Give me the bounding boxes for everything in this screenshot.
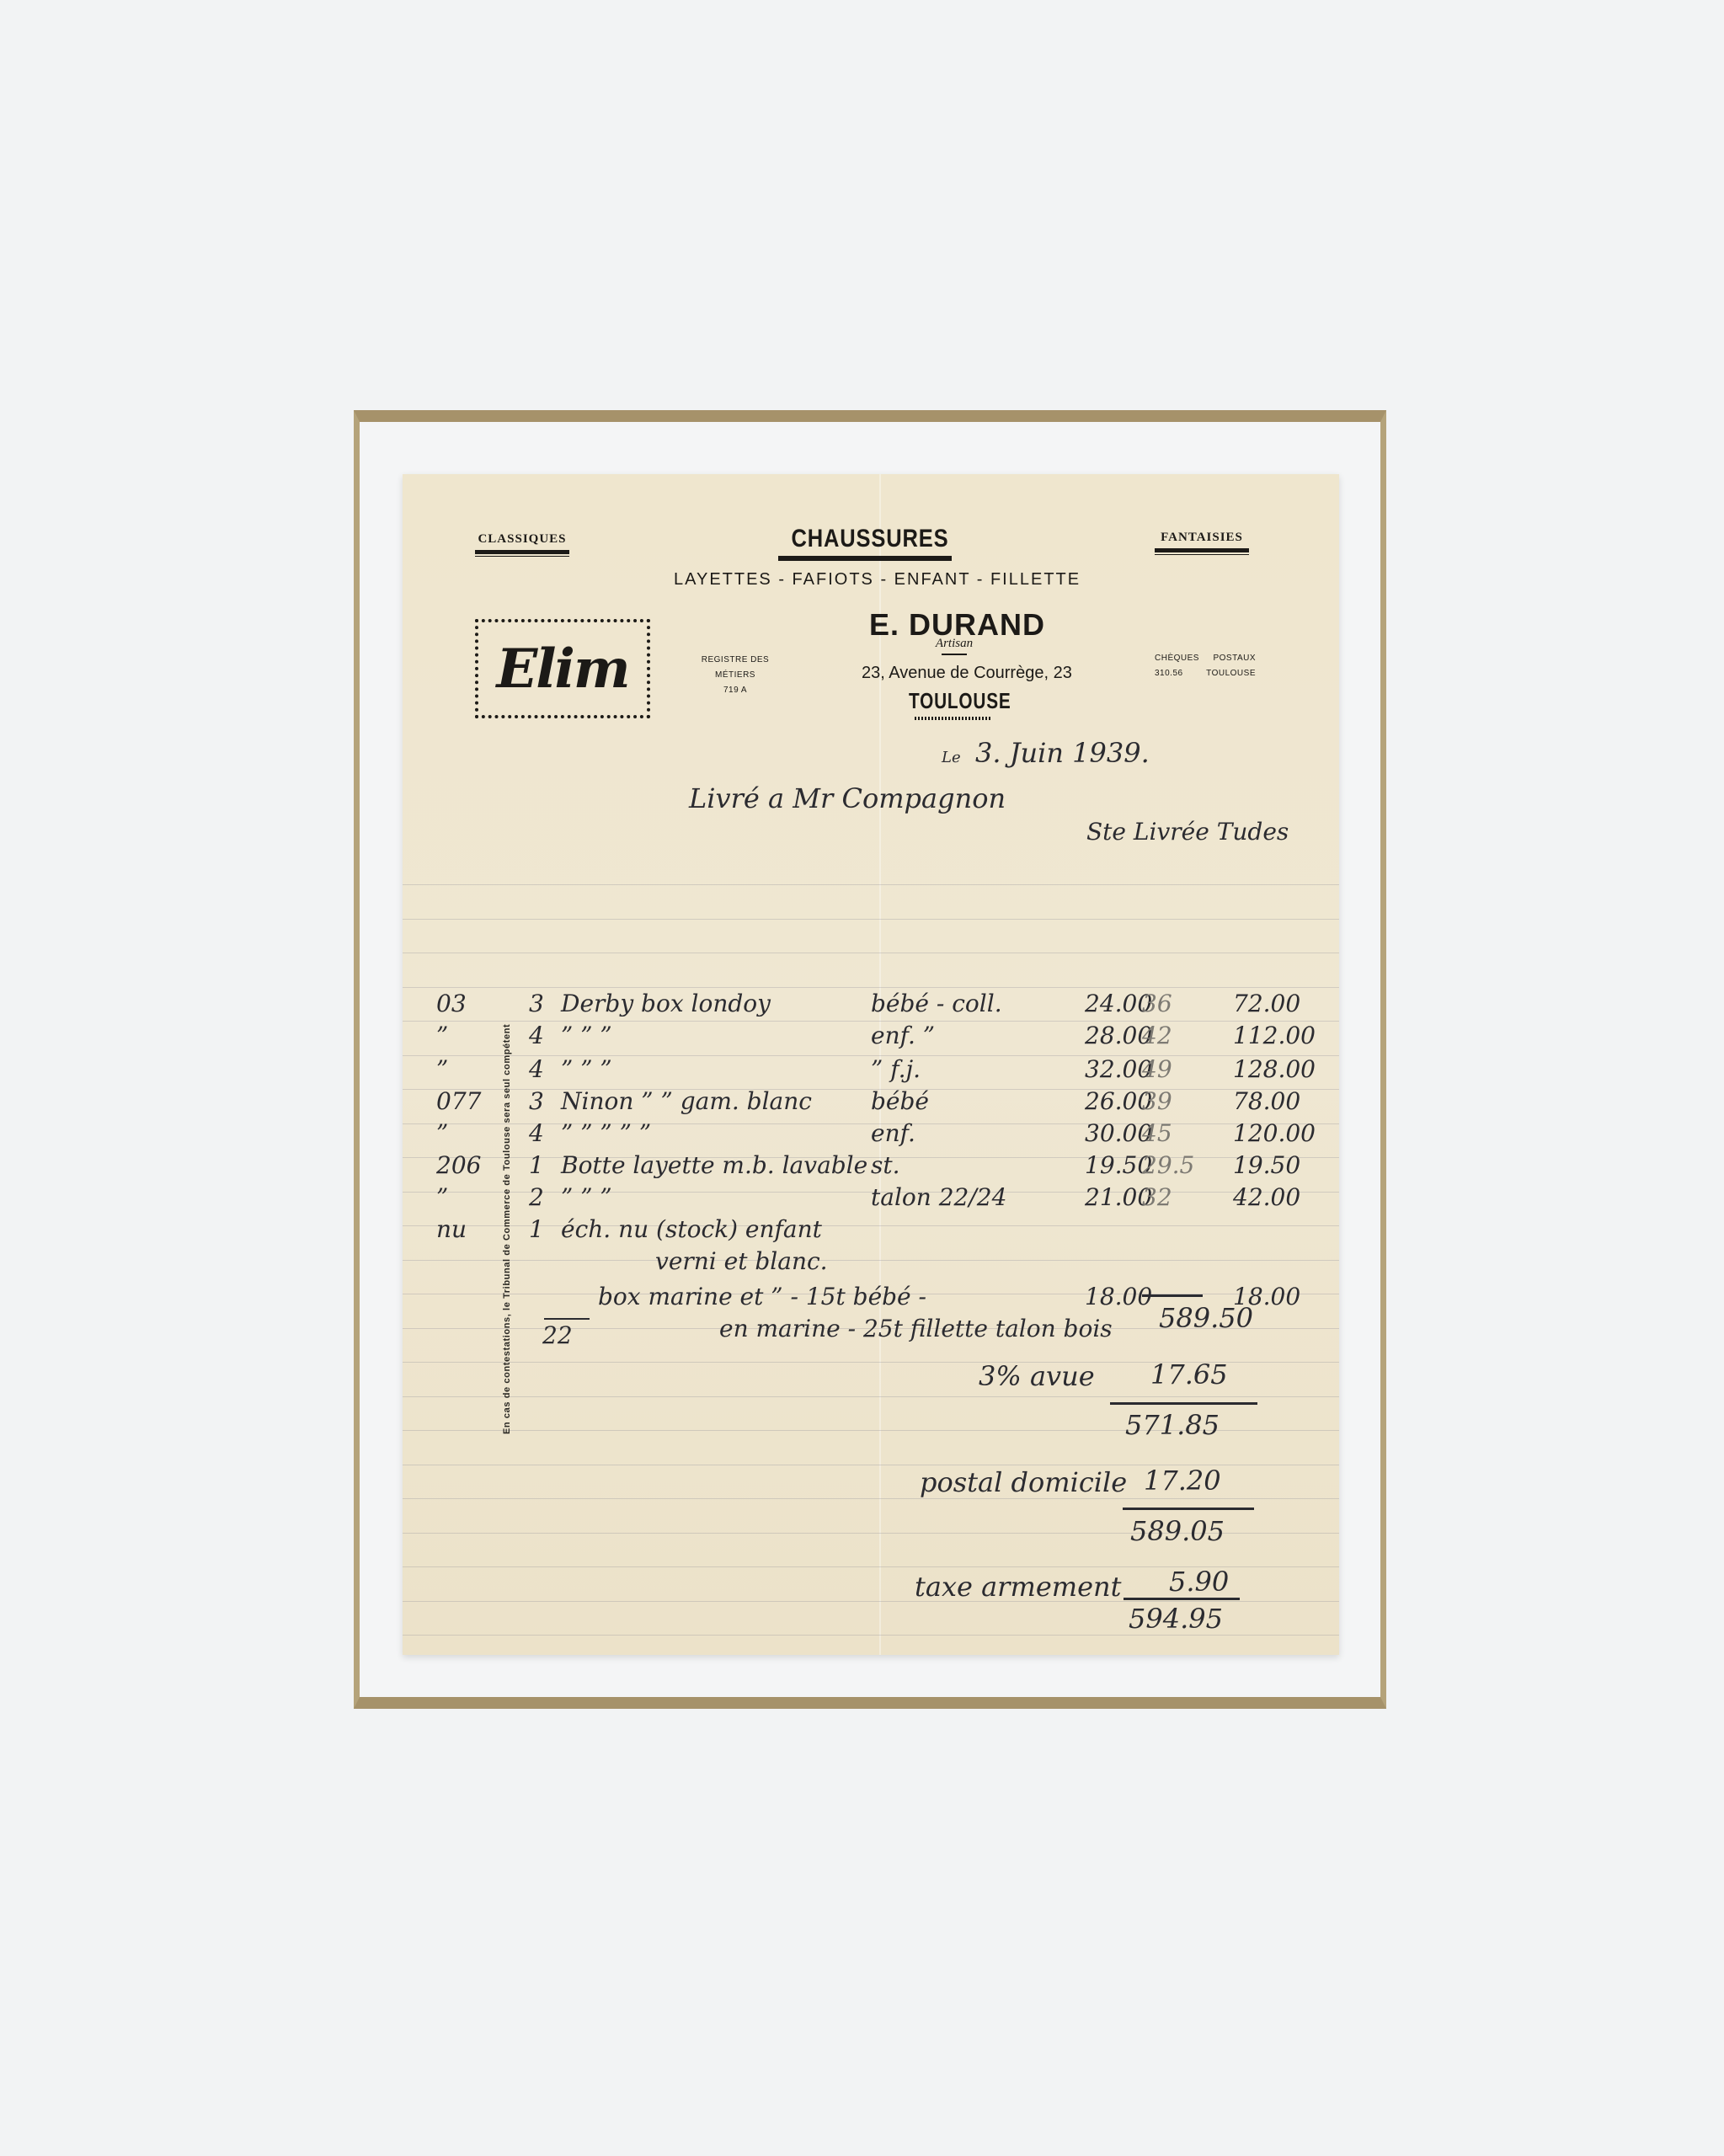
item-qty: 2	[529, 1183, 544, 1211]
item-pencil-note: 29.5	[1142, 1151, 1194, 1179]
item-detail: enf.	[871, 1119, 915, 1147]
tax-label: taxe armement	[915, 1571, 1122, 1603]
tag-fantaisies: FANTAISIES	[1155, 531, 1249, 555]
discount-amount: 17.65	[1150, 1358, 1228, 1390]
item-qty: 1	[529, 1215, 544, 1243]
item-description: ” ” ”	[561, 1055, 612, 1083]
delivered-to: Livré a Mr Compagnon	[689, 782, 1006, 814]
tag-underline-thin	[475, 556, 569, 557]
item-ref: nu	[436, 1215, 467, 1243]
item-qty: 3	[529, 990, 544, 1017]
legal-notice: En cas de contestations, le Tribunal de …	[502, 996, 512, 1434]
role-underline	[942, 654, 967, 655]
rule-line	[403, 1260, 1339, 1261]
postaux-label: Postaux	[1213, 651, 1256, 666]
item-total: 42.00	[1233, 1183, 1300, 1211]
page-title: CHAUSSURES	[791, 525, 938, 553]
cheques-number: 310.56	[1155, 666, 1183, 681]
cheques-label: Chèques	[1155, 651, 1199, 666]
subtitle: LAYETTES - FAFIOTS - ENFANT - FILLETTE	[674, 570, 1081, 590]
item-description: verni et blanc.	[655, 1247, 828, 1275]
item-ref: 03	[436, 990, 467, 1017]
item-description: en marine - 25t fillette talon bois	[719, 1315, 1113, 1342]
registry-number: 719 A	[681, 683, 790, 698]
item-qty: 4	[529, 1119, 544, 1147]
item-ref: 206	[436, 1151, 481, 1179]
delivery-location: Ste Livrée Tudes	[1086, 818, 1289, 846]
tag-underline	[475, 550, 569, 554]
item-description: Derby box londoy	[561, 990, 771, 1017]
registry-block: Registre des Métiers 719 A	[681, 653, 790, 698]
item-detail: enf. ”	[871, 1022, 935, 1049]
postal-row-1: Chèques Postaux	[1155, 651, 1256, 666]
item-description: ” ” ”	[561, 1022, 612, 1049]
rule-line	[403, 953, 1339, 953]
cheques-city: Toulouse	[1206, 666, 1256, 681]
postal-cheques-block: Chèques Postaux 310.56 Toulouse	[1155, 651, 1256, 681]
tag-underline	[1155, 548, 1249, 552]
item-total: 78.00	[1233, 1087, 1300, 1115]
registry-label: Registre des Métiers	[681, 653, 790, 683]
item-description: ” ” ” ” ”	[561, 1119, 651, 1147]
item-detail: talon 22/24	[871, 1183, 1006, 1211]
item-qty: 3	[529, 1087, 544, 1115]
logo-elim: Elim	[475, 619, 650, 718]
city-underline	[915, 717, 990, 720]
item-pencil-note: 32	[1142, 1183, 1172, 1211]
item-qty: 4	[529, 1055, 544, 1083]
item-description: Ninon ” ” gam. blanc	[561, 1087, 812, 1115]
item-qty: 4	[529, 1022, 544, 1049]
postage-amount: 17.20	[1144, 1465, 1221, 1497]
item-description: box marine et ” - 15t bébé -	[598, 1283, 926, 1310]
item-pencil-note: 49	[1142, 1055, 1172, 1083]
item-description: éch. nu (stock) enfant	[561, 1215, 822, 1243]
city: TOULOUSE	[909, 688, 996, 714]
rule-line	[403, 1396, 1339, 1397]
postal-row-2: 310.56 Toulouse	[1155, 666, 1256, 681]
title-block: CHAUSSURES	[778, 525, 952, 561]
item-ref: ”	[436, 1119, 448, 1147]
item-qty: 1	[529, 1151, 544, 1179]
title-underline	[778, 556, 952, 561]
item-pencil-note: 45	[1142, 1119, 1172, 1147]
item-detail: ” f.j.	[871, 1055, 921, 1083]
tag-classiques-text: CLASSIQUES	[475, 532, 569, 547]
rule-line	[403, 1601, 1339, 1602]
invoice-paper: CLASSIQUES FANTAISIES CHAUSSURES LAYETTE…	[403, 474, 1339, 1655]
rule-line	[403, 884, 1339, 885]
city-block: TOULOUSE	[898, 688, 1007, 720]
item-total: 19.50	[1233, 1151, 1300, 1179]
address: 23, Avenue de Courrège, 23	[862, 664, 1072, 683]
sum-line	[1110, 1402, 1257, 1405]
after-discount: 571.85	[1125, 1409, 1220, 1441]
subtotal: 589.50	[1159, 1302, 1253, 1334]
tax-amount: 5.90	[1169, 1566, 1229, 1598]
item-ref: ”	[436, 1055, 448, 1083]
item-detail: st.	[871, 1151, 900, 1179]
merchant-role: Artisan	[916, 637, 992, 651]
date-prefix: Le	[942, 749, 961, 766]
item-total: 128.00	[1233, 1055, 1316, 1083]
item-pencil-note: 42	[1142, 1022, 1172, 1049]
item-detail: bébé - coll.	[871, 990, 1002, 1017]
grand-total: 594.95	[1129, 1603, 1223, 1635]
rule-line	[403, 1498, 1339, 1499]
item-ref: ”	[436, 1022, 448, 1049]
rule-line	[403, 919, 1339, 920]
after-postage: 589.05	[1130, 1515, 1225, 1547]
item-ref: 077	[436, 1087, 481, 1115]
tag-underline-thin	[1155, 554, 1249, 555]
sum-line	[1123, 1508, 1254, 1510]
discount-label: 3% avue	[979, 1360, 1095, 1392]
sum-line	[1124, 1598, 1240, 1600]
item-description: ” ” ”	[561, 1183, 612, 1211]
item-pencil-note: 36	[1142, 990, 1172, 1017]
item-ref: ”	[436, 1183, 448, 1211]
logo-text: Elim	[496, 638, 628, 701]
rule-line	[403, 1635, 1339, 1636]
item-detail: bébé	[871, 1087, 929, 1115]
sum-line	[1142, 1294, 1203, 1297]
rule-line	[403, 987, 1339, 988]
item-total: 72.00	[1233, 990, 1300, 1017]
item-pencil-note: 39	[1142, 1087, 1172, 1115]
tag-classiques: CLASSIQUES	[475, 532, 569, 557]
tag-fantaisies-text: FANTAISIES	[1155, 531, 1249, 545]
tally: 22	[542, 1321, 573, 1349]
item-total: 112.00	[1233, 1022, 1316, 1049]
invoice-date: 3. Juin 1939.	[975, 737, 1150, 769]
item-total: 120.00	[1233, 1119, 1316, 1147]
merchant-role-block: Artisan	[916, 637, 992, 655]
postage-label: postal domicile	[920, 1466, 1127, 1498]
item-description: Botte layette m.b. lavable	[561, 1151, 867, 1179]
tally-line	[544, 1318, 590, 1320]
